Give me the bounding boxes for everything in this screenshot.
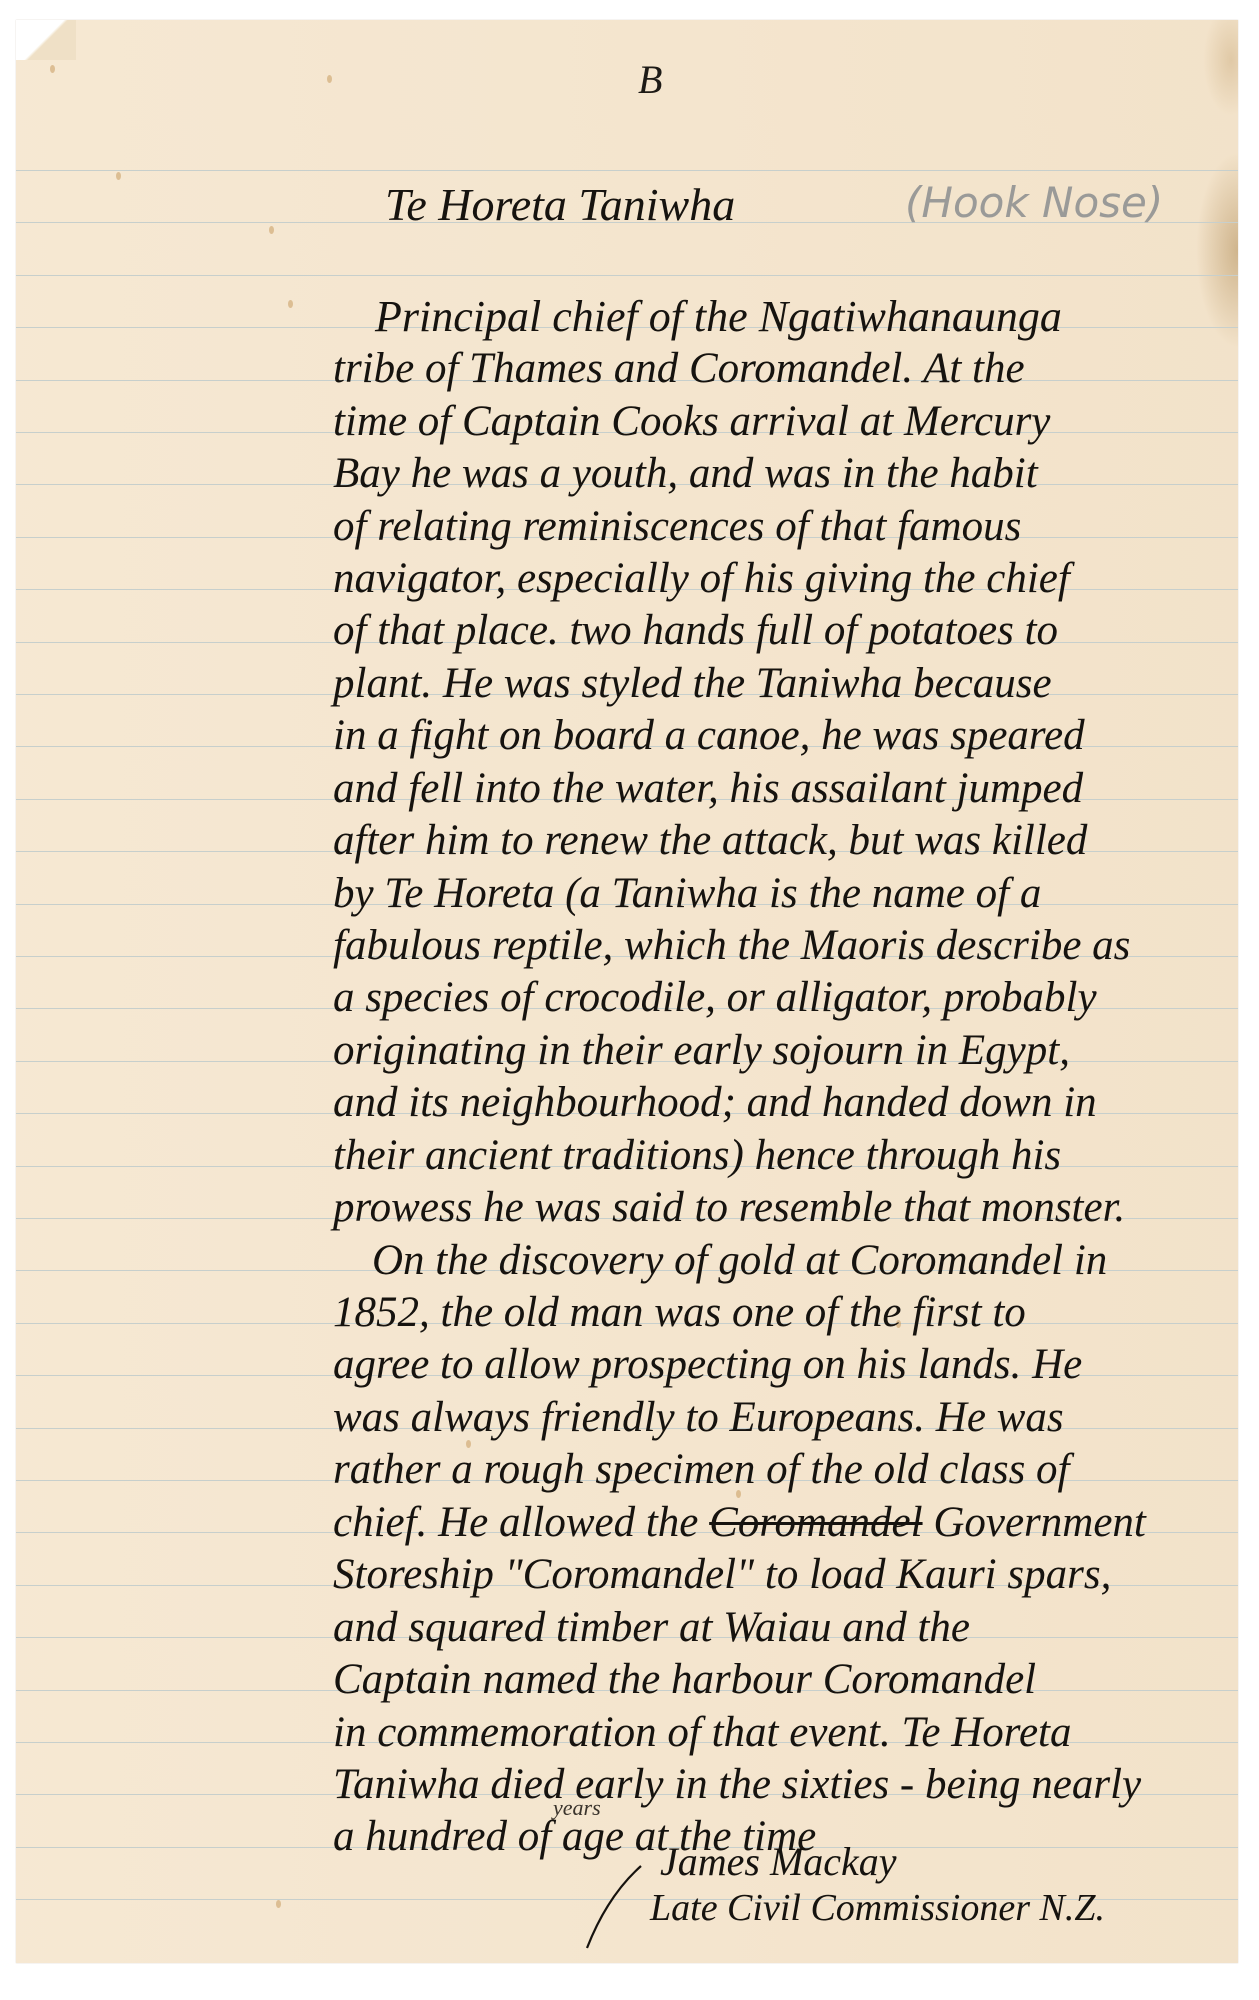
text-line: and its neighbourhood; and handed down i… — [333, 1081, 1097, 1124]
text-line: rather a rough specimen of the old class… — [333, 1448, 1070, 1491]
page-letter: B — [638, 56, 662, 103]
foxing-spot — [288, 300, 293, 308]
text-line: their ancient traditions) hence through … — [333, 1134, 1061, 1177]
text-line: agree to allow prospecting on his lands.… — [333, 1343, 1082, 1386]
text-line: Principal chief of the Ngatiwhanaunga — [375, 295, 1062, 339]
text-line: On the discovery of gold at Coromandel i… — [372, 1239, 1107, 1282]
text-line: Storeship "Coromandel" to load Kauri spa… — [333, 1553, 1111, 1596]
text-line-start: chief. He allowed the — [333, 1499, 698, 1546]
text-line: tribe of Thames and Coromandel. At the — [333, 347, 1025, 390]
text-line: time of Captain Cooks arrival at Mercury — [333, 400, 1050, 443]
text-line: in commemoration of that event. Te Horet… — [333, 1711, 1071, 1754]
text-line: and fell into the water, his assailant j… — [333, 767, 1083, 810]
signature-name: James Mackay — [660, 1838, 897, 1885]
signature-flourish — [583, 1862, 643, 1952]
text-line: originating in their early sojourn in Eg… — [333, 1029, 1070, 1072]
text-line: was always friendly to Europeans. He was — [333, 1396, 1064, 1439]
foxing-spot — [327, 75, 332, 83]
foxing-spot — [269, 226, 274, 234]
struck-out-word: Coromandel — [709, 1499, 922, 1546]
document-title: Te Horeta Taniwha — [385, 178, 735, 231]
replacement-word: Government — [933, 1499, 1146, 1546]
margin-pencil-scribble — [76, 0, 258, 157]
text-line: Taniwha died early in the sixties - bein… — [333, 1763, 1141, 1806]
pencil-annotation: (Hook Nose) — [905, 178, 1163, 227]
text-line: navigator, especially of his giving the … — [333, 557, 1070, 600]
text-line: fabulous reptile, which the Maoris descr… — [333, 924, 1130, 967]
ruled-line — [16, 275, 1238, 276]
text-line: a species of crocodile, or alligator, pr… — [333, 976, 1097, 1019]
text-line: Captain named the harbour Coromandel — [333, 1658, 1036, 1701]
signature-title: Late Civil Commissioner N.Z. — [650, 1886, 1105, 1930]
foxing-spot — [116, 172, 121, 180]
text-line: and squared timber at Waiau and the — [333, 1606, 970, 1649]
text-line: Bay he was a youth, and was in the habit — [333, 452, 1038, 495]
text-line: prowess he was said to resemble that mon… — [333, 1186, 1125, 1229]
text-line: 1852, the old man was one of the first t… — [333, 1291, 1026, 1334]
ruled-line — [16, 170, 1238, 171]
text-line: plant. He was styled the Taniwha because — [333, 662, 1052, 705]
foxing-spot — [50, 65, 55, 73]
folded-corner — [16, 20, 76, 60]
foxing-spot — [276, 1900, 281, 1908]
text-line: of relating reminiscences of that famous — [333, 505, 1021, 548]
text-line: by Te Horeta (a Taniwha is the name of a — [333, 872, 1041, 915]
text-line: after him to renew the attack, but was k… — [333, 819, 1087, 862]
text-line: in a fight on board a canoe, he was spea… — [333, 714, 1085, 757]
text-line: of that place. two hands full of potatoe… — [333, 609, 1058, 652]
text-line: chief. He allowed the Coromandel Governm… — [333, 1501, 1146, 1544]
